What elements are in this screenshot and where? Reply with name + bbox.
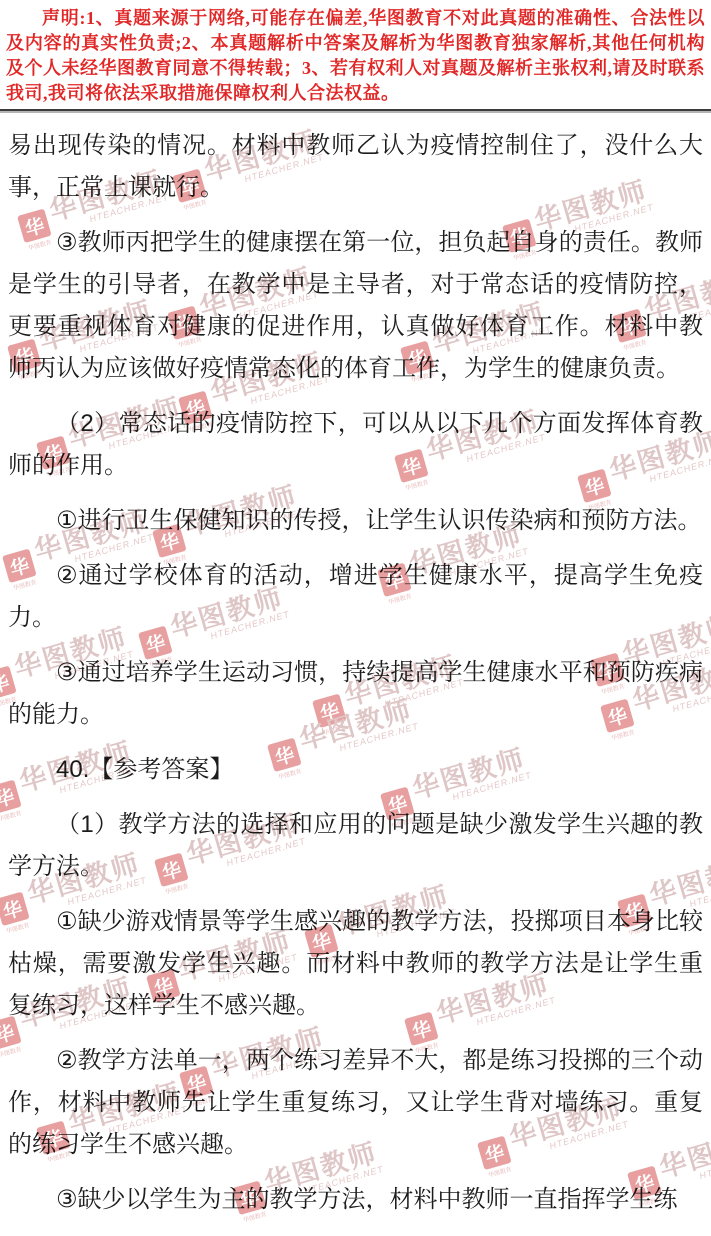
paragraph: （2）常态话的疫情防控下，可以从以下几个方面发挥体育教师的作用。: [8, 403, 703, 487]
paragraph: ①缺少游戏情景等学生感兴趣的教学方法，投掷项目本身比较枯燥，需要激发学生兴趣。而…: [8, 901, 703, 1027]
document-page: 声明:1、真题来源于网络,可能存在偏差,华图教育不对此真题的准确性、合法性以及内…: [0, 0, 711, 1236]
paragraph: ②通过学校体育的活动，增进学生健康水平，提高学生免疫力。: [8, 555, 703, 639]
paragraph: ③通过培养学生运动习惯，持续提高学生健康水平和预防疾病的能力。: [8, 652, 703, 736]
paragraph: （1）教学方法的选择和应用的问题是缺少激发学生兴趣的教学方法。: [8, 804, 703, 888]
paragraph: ①进行卫生保健知识的传授，让学生认识传染病和预防方法。: [8, 500, 703, 542]
disclaimer-text: 声明:1、真题来源于网络,可能存在偏差,华图教育不对此真题的准确性、合法性以及内…: [0, 0, 711, 108]
paragraph: ③教师丙把学生的健康摆在第一位，担负起自身的责任。教师是学生的引导者，在教学中是…: [8, 222, 703, 390]
answer-body: 易出现传染的情况。材料中教师乙认为疫情控制住了，没什么大事，正常上课就行。 ③教…: [0, 111, 711, 1221]
paragraph: ③缺少以学生为主的教学方法，材料中教师一直指挥学生练: [8, 1179, 703, 1221]
paragraph: 40.【参考答案】: [8, 749, 703, 791]
paragraph: ②教学方法单一，两个练习差异不大，都是练习投掷的三个动作，材料中教师先让学生重复…: [8, 1040, 703, 1166]
paragraph: 易出现传染的情况。材料中教师乙认为疫情控制住了，没什么大事，正常上课就行。: [8, 125, 703, 209]
